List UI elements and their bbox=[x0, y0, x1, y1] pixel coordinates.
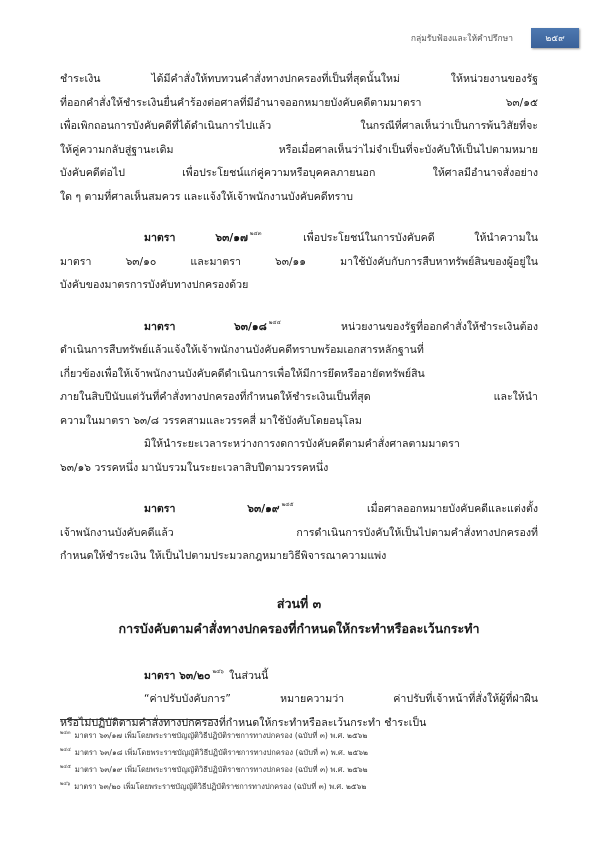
part-subtitle: การบังคับตามคำสั่งทางปกครองที่กำหนดให้กร… bbox=[60, 616, 538, 641]
footnote-text: มาตรา ๖๓/๑๙ เพิ่มโดยพระราชบัญญัติวิธีปฏิ… bbox=[75, 765, 368, 774]
footnote-item: ๒๔๕มาตรา ๖๓/๑๙ เพิ่มโดยพระราชบัญญัติวิธี… bbox=[60, 760, 368, 777]
body-line: เพื่อเพิกถอนการบังคับคดีที่ได้ดำเนินการไ… bbox=[60, 115, 538, 139]
body-text: หน่วยงานของรัฐที่ออกคำสั่งให้ชำระเงินต้อ… bbox=[341, 321, 538, 333]
section-heading: มาตรา ๖๓/๑๗ bbox=[144, 232, 248, 244]
body-line: ดำเนินการสืบทรัพย์แล้วแจ้งให้เจ้าพนักงาน… bbox=[60, 339, 538, 363]
footnote-number: ๒๔๔ bbox=[60, 747, 71, 753]
footnote-ref[interactable]: ๒๔๓ bbox=[250, 231, 262, 237]
body-line: “ค่าปรับบังคับการ” หมายความว่า ค่าปรับที… bbox=[60, 688, 538, 712]
body-text: เมื่อศาลออกหมายบังคับคดีและแต่งตั้ง bbox=[367, 503, 538, 515]
section-heading: มาตรา ๖๓/๒๐ bbox=[144, 670, 210, 682]
document-body: ชำระเงิน ได้มีคำสั่งให้ทบทวนคำสั่งทางปกค… bbox=[60, 68, 538, 735]
body-line: ใด ๆ ตามที่ศาลเห็นสมควร และแจ้งให้เจ้าพน… bbox=[60, 186, 538, 210]
part-title: ส่วนที่ ๓ bbox=[60, 591, 538, 616]
footnote-item: ๒๔๓มาตรา ๖๓/๑๗ เพิ่มโดยพระราชบัญญัติวิธี… bbox=[60, 726, 368, 743]
body-line: บังคับคดีต่อไป เพื่อประโยชน์แก่คู่ความหร… bbox=[60, 162, 538, 186]
section-heading: มาตรา ๖๓/๑๙ bbox=[144, 503, 280, 515]
body-line: เจ้าพนักงานบังคับคดีแล้ว การดำเนินการบัง… bbox=[60, 522, 538, 546]
section-63-17: มาตรา ๖๓/๑๗๒๔๓ เพื่อประโยชน์ในการบังคับค… bbox=[60, 223, 538, 251]
body-line: ที่ออกคำสั่งให้ชำระเงินยื่นคำร้องต่อศาลท… bbox=[60, 92, 538, 116]
footnote-text: มาตรา ๖๓/๒๐ เพิ่มโดยพระราชบัญญัติวิธีปฏิ… bbox=[74, 782, 366, 791]
section-63-18: มาตรา ๖๓/๑๘๒๔๔ หน่วยงานของรัฐที่ออกคำสั่… bbox=[60, 312, 538, 340]
body-line: มาตรา ๖๓/๑๐ และมาตรา ๖๓/๑๑ มาใช้บังคับกั… bbox=[60, 251, 538, 275]
footnote-text: มาตรา ๖๓/๑๘ เพิ่มโดยพระราชบัญญัติวิธีปฏิ… bbox=[75, 748, 368, 757]
footnotes: ๒๔๓มาตรา ๖๓/๑๗ เพิ่มโดยพระราชบัญญัติวิธี… bbox=[60, 726, 368, 794]
body-line: ภายในสิบปีนับแต่วันที่คำสั่งทางปกครองที่… bbox=[60, 386, 538, 410]
footnote-number: ๒๔๕ bbox=[60, 764, 71, 770]
page-header: กลุ่มรับฟ้องและให้คำปรึกษา ๒๕๙ bbox=[411, 28, 579, 48]
section-heading: มาตรา ๖๓/๑๘ bbox=[144, 321, 267, 333]
footnote-divider bbox=[60, 719, 218, 720]
body-line: ๖๓/๑๖ วรรคหนึ่ง มานับรวมในระยะเวลาสิบปีต… bbox=[60, 457, 538, 481]
footnote-ref[interactable]: ๒๔๔ bbox=[269, 320, 281, 326]
body-line: ชำระเงิน ได้มีคำสั่งให้ทบทวนคำสั่งทางปกค… bbox=[60, 68, 538, 92]
header-title: กลุ่มรับฟ้องและให้คำปรึกษา bbox=[411, 31, 513, 45]
section-63-20: มาตรา ๖๓/๒๐๒๔๖ ในส่วนนี้ bbox=[60, 661, 538, 689]
footnote-ref[interactable]: ๒๔๖ bbox=[212, 669, 223, 675]
body-text: เพื่อประโยชน์ในการบังคับคดี ให้นำความใน bbox=[303, 232, 538, 244]
body-line: บังคับของมาตรการบังคับทางปกครองด้วย bbox=[60, 274, 538, 298]
page-number: ๒๕๙ bbox=[545, 31, 564, 45]
footnote-number: ๒๔๖ bbox=[60, 781, 70, 787]
footnote-item: ๒๔๖มาตรา ๖๓/๒๐ เพิ่มโดยพระราชบัญญัติวิธี… bbox=[60, 777, 368, 794]
footnote-text: มาตรา ๖๓/๑๗ เพิ่มโดยพระราชบัญญัติวิธีปฏิ… bbox=[75, 731, 368, 740]
body-line: ความในมาตรา ๖๓/๘ วรรคสามและวรรคสี่ มาใช้… bbox=[60, 410, 538, 434]
body-line: มิให้นำระยะเวลาระหว่างการงดการบังคับคดีต… bbox=[60, 433, 538, 457]
body-line: กำหนดให้ชำระเงิน ให้เป็นไปตามประมวลกฎหมา… bbox=[60, 545, 538, 569]
body-line: เกี่ยวข้องเพื่อให้เจ้าพนักงานบังคับคดีดำ… bbox=[60, 363, 538, 387]
footnote-number: ๒๔๓ bbox=[60, 730, 71, 736]
footnote-item: ๒๔๔มาตรา ๖๓/๑๘ เพิ่มโดยพระราชบัญญัติวิธี… bbox=[60, 743, 368, 760]
body-line: ให้คู่ความกลับสู่ฐานะเดิม หรือเมื่อศาลเห… bbox=[60, 139, 538, 163]
section-63-19: มาตรา ๖๓/๑๙๒๔๕ เมื่อศาลออกหมายบังคับคดีแ… bbox=[60, 494, 538, 522]
footnote-ref[interactable]: ๒๔๕ bbox=[282, 502, 294, 508]
page-number-badge: ๒๕๙ bbox=[531, 28, 579, 48]
body-text: ในส่วนนี้ bbox=[229, 670, 268, 682]
